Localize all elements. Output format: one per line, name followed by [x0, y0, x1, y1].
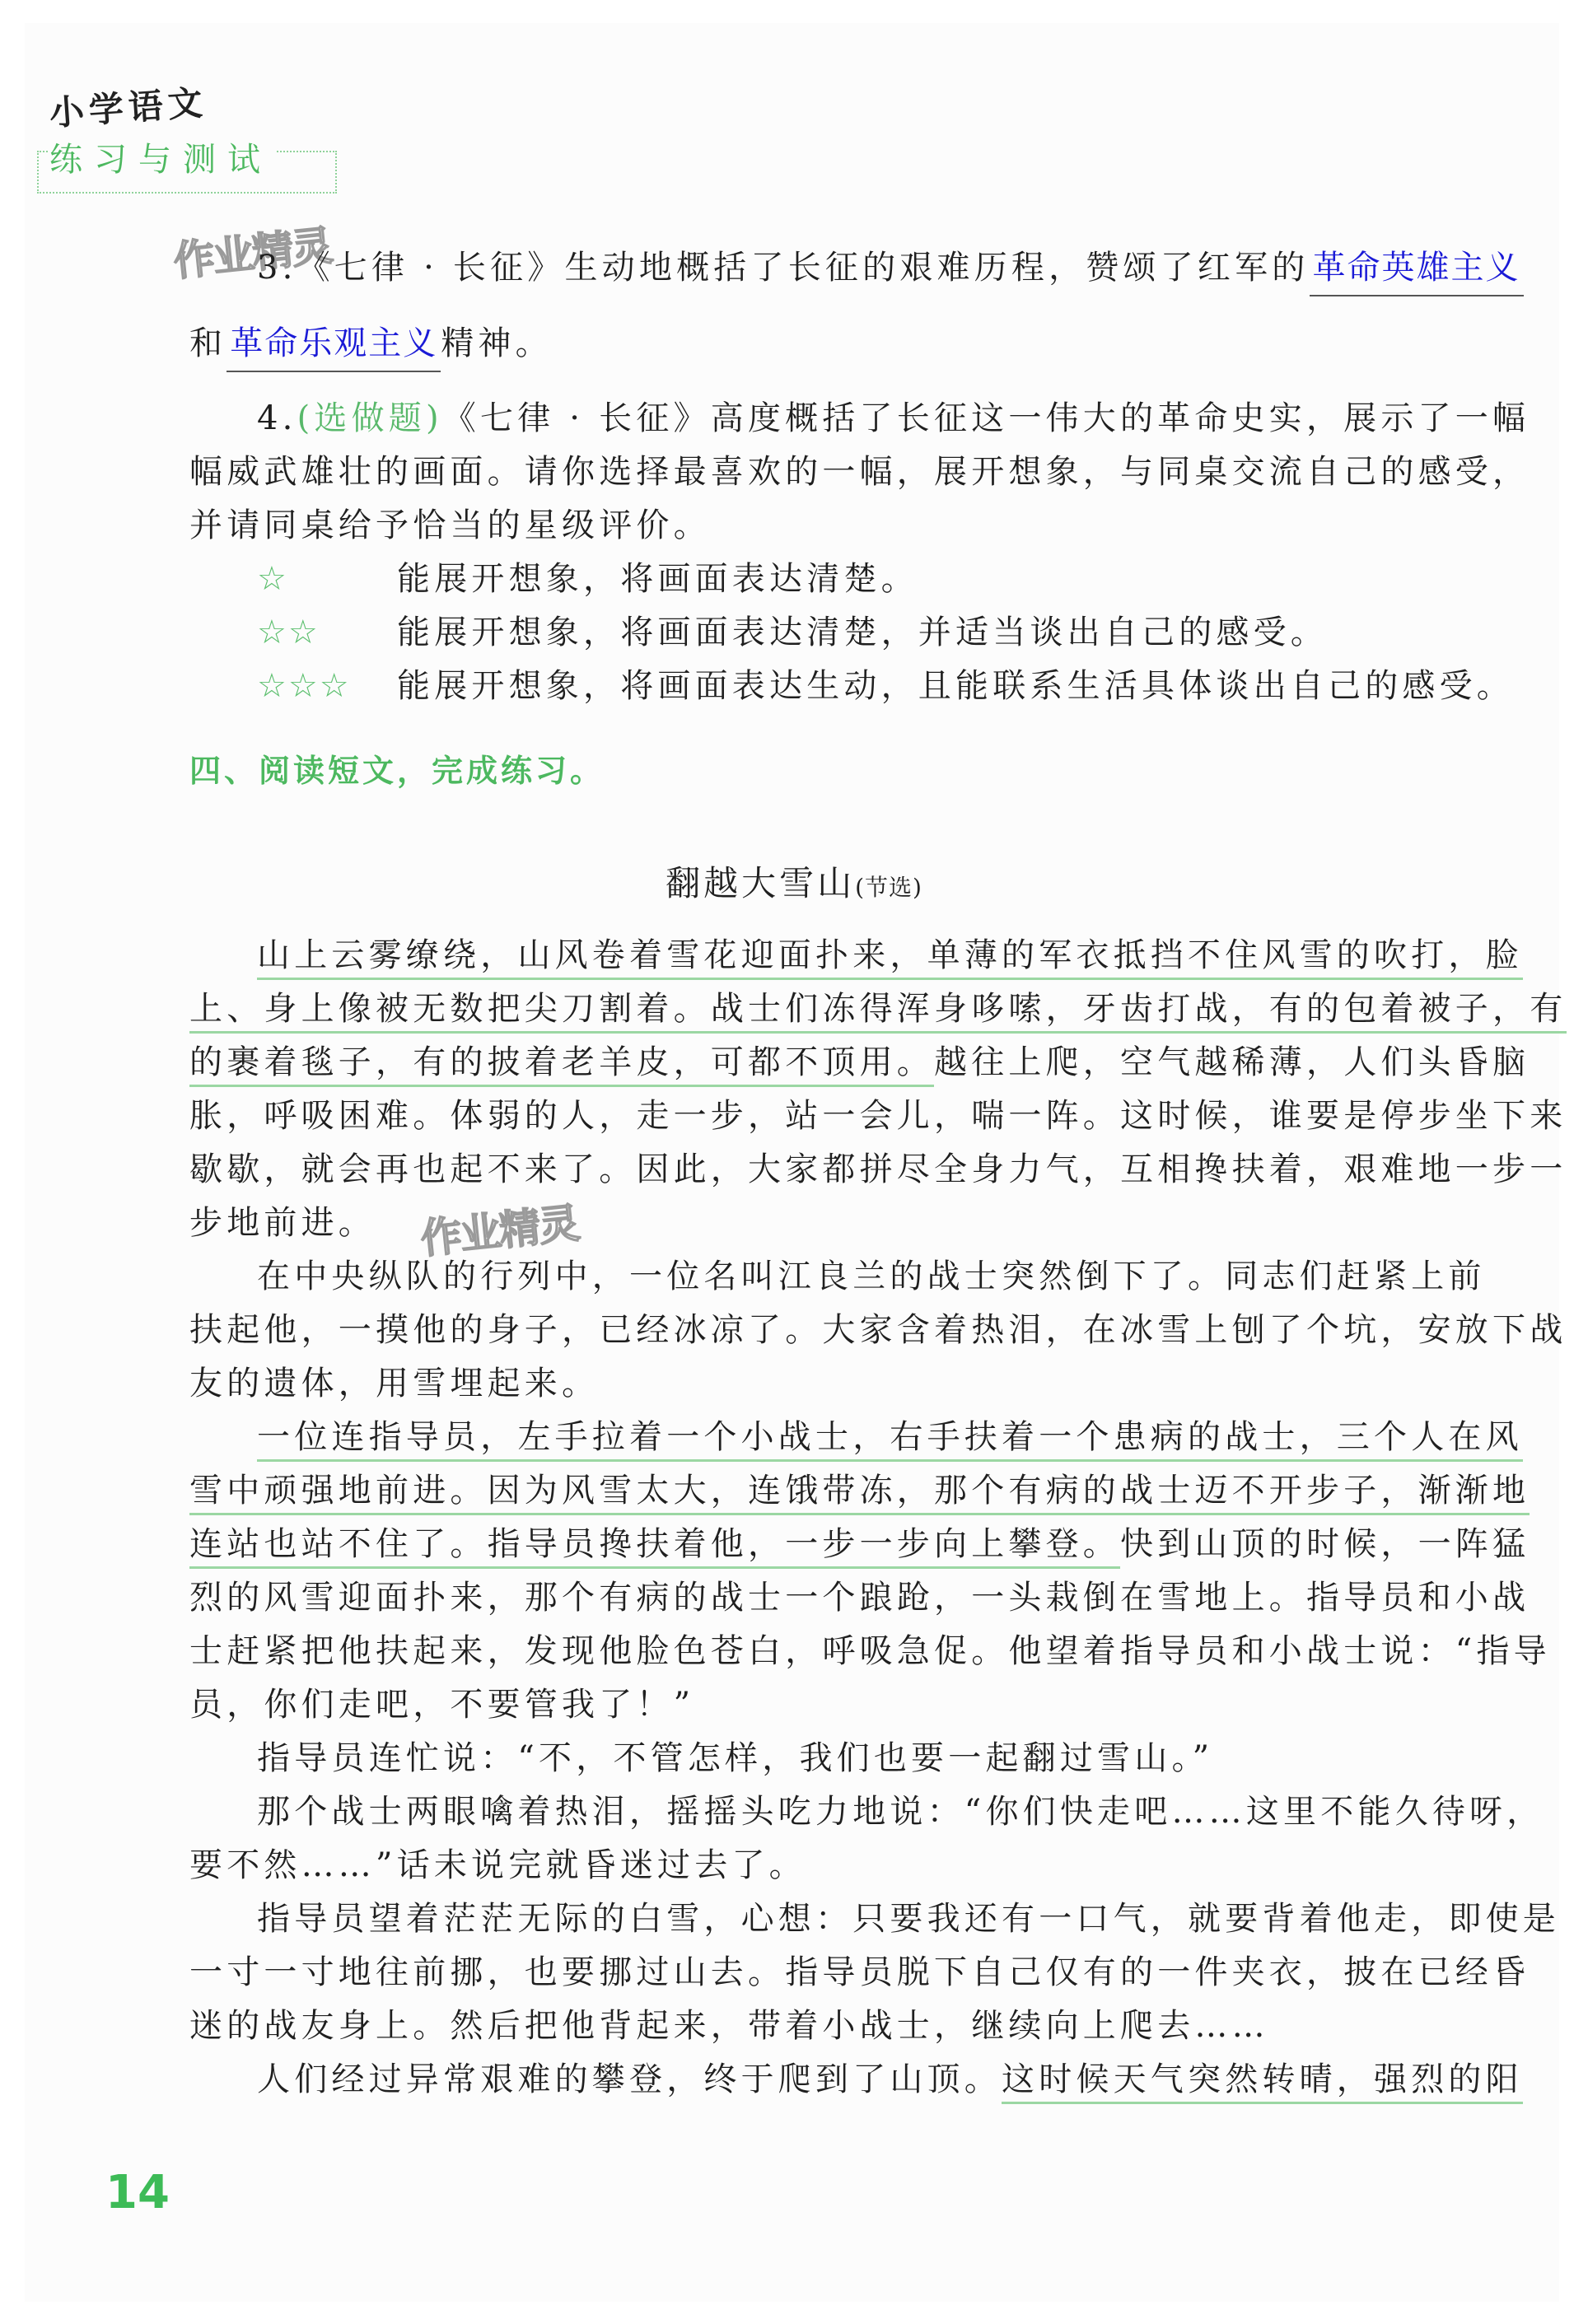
article-title-text: 翻越大雪山 — [666, 863, 855, 903]
p6-line3: 迷的战友身上。然后把他背起来，带着小战士，继续向上爬去…… — [189, 2005, 1425, 2046]
p3-line3: 连站也站不住了。指导员搀扶着他，一步一步向上攀登。快到山顶的时候，一阵猛 — [189, 1524, 1425, 1565]
p5-line1: 那个战士两眼噙着热泪，摇摇头吃力地说：“你们快走吧……这里不能久待呀， — [257, 1791, 1492, 1832]
p1-line5: 歇歇，就会再也起不来了。因此，大家都拼尽全身力气，互相搀扶着，艰难地一步一 — [189, 1149, 1425, 1190]
q3-answer-1: 革命英雄主义 — [1310, 247, 1524, 296]
underlined-text: 山上云雾缭绕，山风卷着雪花迎面扑来，单薄的军衣抵挡不住风雪的吹打，脸 — [257, 936, 1523, 980]
rating-text-3: 能展开想象，将画面表达生动，且能联系生活具体谈出自己的感受。 — [397, 667, 1514, 705]
p6-line1: 指导员望着茫茫无际的白雪，心想：只要我还有一口气，就要背着他走，即使是 — [257, 1898, 1492, 1939]
rating-row-1: ☆能展开想象，将画面表达清楚。 — [257, 558, 1492, 600]
q4-number: 4. — [257, 399, 297, 437]
p3-line1: 一位连指导员，左手拉着一个小战士，右手扶着一个患病的战士，三个人在风 — [257, 1416, 1492, 1458]
p7-line1: 人们经过异常艰难的攀登，终于爬到了山顶。这时候天气突然转晴，强烈的阳 — [257, 2059, 1492, 2100]
page-number: 14 — [105, 2166, 170, 2219]
plain-text: 快到山顶的时候，一阵猛 — [1120, 1525, 1530, 1563]
star-icon-3: ☆☆☆ — [257, 665, 397, 707]
q3-line1: 3.《七律 · 长征》生动地概括了长征的艰难历程，赞颂了红军的革命英雄主义 — [257, 247, 1492, 296]
q3-and: 和 — [189, 324, 227, 362]
p3-line6: 员，你们走吧，不要管我了！” — [189, 1684, 1425, 1725]
p6-line2: 一寸一寸地往前挪，也要挪过山去。指导员脱下自己仅有的一件夹衣，披在已经昏 — [189, 1952, 1425, 1993]
q4-line2: 幅威武雄壮的画面。请你选择最喜欢的一幅，展开想象，与同桌交流自己的感受， — [189, 451, 1425, 492]
article-title: 翻越大雪山(节选) — [0, 856, 1588, 906]
p3-line2: 雪中顽强地前进。因为风雪太大，连饿带冻，那个有病的战士迈不开步子，渐渐地 — [189, 1470, 1425, 1511]
q4-line1-text: 《七律 · 长征》高度概括了长征这一伟大的革命史实，展示了一幅 — [443, 399, 1530, 437]
q3-answer-2: 革命乐观主义 — [227, 323, 441, 372]
section-heading: 四、阅读短文，完成练习。 — [189, 745, 605, 791]
q4-line1: 4.(选做题)《七律 · 长征》高度概括了长征这一伟大的革命史实，展示了一幅 — [257, 398, 1492, 439]
rating-text-1: 能展开想象，将画面表达清楚。 — [397, 560, 918, 598]
rating-row-2: ☆☆能展开想象，将画面表达清楚，并适当谈出自己的感受。 — [257, 612, 1492, 653]
p3-line5: 士赶紧把他扶起来，发现他脸色苍白，呼吸急促。他望着指导员和小战士说：“指导 — [189, 1631, 1425, 1672]
q3-line2: 和革命乐观主义精神。 — [189, 323, 1425, 372]
q4-line3: 并请同桌给予恰当的星级评价。 — [189, 505, 1425, 546]
underlined-text: 连站也站不住了。指导员搀扶着他，一步一步向上攀登。 — [189, 1525, 1120, 1569]
q3-suffix: 精神。 — [441, 324, 553, 362]
article-title-note: (节选) — [855, 874, 922, 901]
p5-line2: 要不然……”话未说完就昏迷过去了。 — [189, 1845, 1425, 1886]
p2-line1: 在中央纵队的行列中，一位名叫江良兰的战士突然倒下了。同志们赶紧上前 — [257, 1256, 1492, 1297]
p1-line3: 的裹着毯子，有的披着老羊皮，可都不顶用。越往上爬，空气越稀薄，人们头昏脑 — [189, 1042, 1425, 1083]
p1-line1: 山上云雾缭绕，山风卷着雪花迎面扑来，单薄的军衣抵挡不住风雪的吹打，脸 — [257, 935, 1492, 976]
underlined-text: 一位连指导员，左手拉着一个小战士，右手扶着一个患病的战士，三个人在风 — [257, 1418, 1523, 1462]
rating-row-3: ☆☆☆能展开想象，将画面表达生动，且能联系生活具体谈出自己的感受。 — [257, 665, 1492, 707]
underlined-text: 这时候天气突然转晴，强烈的阳 — [1002, 2060, 1523, 2104]
p3-line4: 烈的风雪迎面扑来，那个有病的战士一个踉跄，一头栽倒在雪地上。指导员和小战 — [189, 1577, 1425, 1618]
underlined-text: 上、身上像被无数把尖刀割着。战士们冻得浑身哆嗦，牙齿打战，有的包着被子，有 — [189, 990, 1567, 1034]
star-icon-2: ☆☆ — [257, 612, 397, 653]
plain-text: 人们经过异常艰难的攀登，终于爬到了山顶。 — [257, 2060, 1002, 2098]
p2-line3: 友的遗体，用雪埋起来。 — [189, 1363, 1425, 1404]
star-icon-1: ☆ — [257, 558, 397, 600]
underlined-text: 雪中顽强地前进。因为风雪太大，连饿带冻，那个有病的战士迈不开步子，渐渐地 — [189, 1472, 1530, 1515]
p4-line1: 指导员连忙说：“不，不管怎样，我们也要一起翻过雪山。” — [257, 1738, 1492, 1779]
underlined-text: 的裹着毯子，有的披着老羊皮，可都不顶用。 — [189, 1043, 934, 1087]
p2-line2: 扶起他，一摸他的身子，已经冰凉了。大家含着热泪，在冰雪上刨了个坑，安放下战 — [189, 1309, 1425, 1351]
rating-text-2: 能展开想象，将画面表达清楚，并适当谈出自己的感受。 — [397, 614, 1328, 651]
q4-optional-tag: (选做题) — [297, 399, 443, 437]
subtitle: 练习与测试 — [49, 133, 275, 180]
q3-text: 3.《七律 · 长征》生动地概括了长征的艰难历程，赞颂了红军的 — [257, 249, 1310, 287]
p1-line4: 胀，呼吸困难。体弱的人，走一步，站一会儿，喘一阵。这时候，谁要是停步坐下来 — [189, 1095, 1425, 1136]
p1-line2: 上、身上像被无数把尖刀割着。战士们冻得浑身哆嗦，牙齿打战，有的包着被子，有 — [189, 988, 1425, 1029]
p1-line6: 步地前进。 — [189, 1202, 1425, 1244]
plain-text: 越往上爬，空气越稀薄，人们头昏脑 — [934, 1043, 1530, 1081]
